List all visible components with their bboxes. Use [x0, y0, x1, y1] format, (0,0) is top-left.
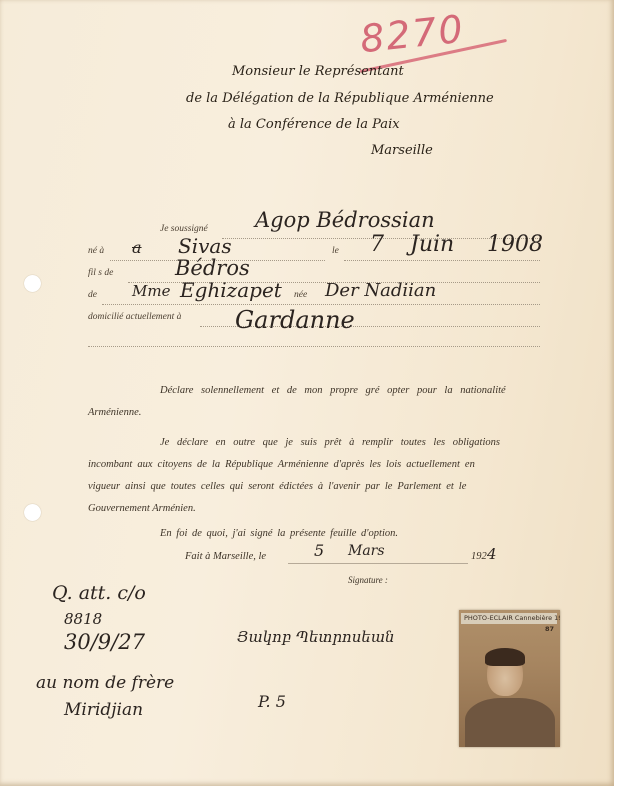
label-le: le — [332, 246, 339, 256]
declaration-p2-line2: incombant aux citoyens de la République … — [88, 459, 475, 470]
label-soussigne: Je soussigné — [160, 224, 208, 234]
declaration-p3: En foi de quoi, j'ai signé la présente f… — [160, 528, 398, 539]
value-mother-prefix: Mme — [132, 282, 170, 300]
photo-hair-shape — [485, 648, 525, 666]
photo-body-shape — [465, 698, 555, 747]
value-mother: Eghizapet — [180, 278, 282, 302]
value-birth-year: 1908 — [487, 232, 543, 257]
margin-note-5: Miridjian — [64, 700, 143, 720]
header-line-2: de la Délégation de la République Arméni… — [186, 91, 494, 106]
header-line-4: Marseille — [371, 143, 433, 158]
margin-note-3: 30/9/27 — [64, 630, 145, 654]
value-birthplace-strike: a — [132, 238, 142, 257]
document-page: 8270 Monsieur le Représentant de la Délé… — [0, 0, 614, 786]
page-mark: P. 5 — [258, 692, 286, 711]
rule-mother — [102, 304, 540, 305]
rule-signing-date — [288, 563, 468, 564]
header-line-3: à la Conférence de la Paix — [228, 117, 400, 132]
signature-label: Signature : — [348, 575, 388, 585]
photo-studio-label: PHOTO-ECLAIR Cannebière 19 87 — [461, 613, 557, 624]
label-ne-a: né à — [88, 246, 104, 256]
value-father: Bédros — [175, 256, 250, 280]
label-de: de — [88, 290, 97, 300]
signing-year-suffix: 4 — [487, 545, 497, 563]
identity-photo: PHOTO-ECLAIR Cannebière 19 87 — [459, 610, 560, 747]
rule-extra — [88, 346, 540, 347]
label-domicile: domicilié actuellement à — [88, 312, 181, 322]
value-birthplace: Sivas — [178, 234, 232, 258]
signing-month: Mars — [348, 543, 385, 559]
value-mother-maiden: Der Nadiian — [325, 280, 436, 301]
margin-note-1: Q. att. c/o — [52, 582, 146, 604]
value-birth-month: Juin — [410, 232, 454, 257]
label-nee: née — [294, 290, 307, 300]
declaration-p2-line1: Je déclare en outre que je suis prêt à r… — [160, 437, 500, 448]
rule-birthdate — [344, 260, 540, 261]
punch-hole-top — [24, 275, 41, 292]
declaration-p2-line4: Gouvernement Arménien. — [88, 503, 196, 514]
margin-note-2: 8818 — [64, 610, 102, 628]
header-line-1: Monsieur le Représentant — [232, 64, 404, 79]
label-fils-de: fil s de — [88, 268, 113, 278]
signing-day: 5 — [314, 541, 324, 560]
declaration-p1-line2: Arménienne. — [88, 407, 141, 418]
value-birth-day: 7 — [370, 232, 384, 257]
declaration-p2-line3: vigueur ainsi que toutes celles qui sero… — [88, 481, 466, 492]
punch-hole-bottom — [24, 504, 41, 521]
signing-year-prefix: 192 — [471, 551, 487, 562]
margin-note-4: au nom de frère — [36, 673, 174, 693]
declaration-p1-line1: Déclare solennellement et de mon propre … — [160, 385, 506, 396]
signing-place-label: Fait à Marseille, le — [185, 551, 266, 562]
value-residence: Gardanne — [235, 306, 355, 334]
signature: Յակոբ Պետրոսեան — [237, 628, 395, 646]
value-name: Agop Bédrossian — [255, 208, 435, 232]
